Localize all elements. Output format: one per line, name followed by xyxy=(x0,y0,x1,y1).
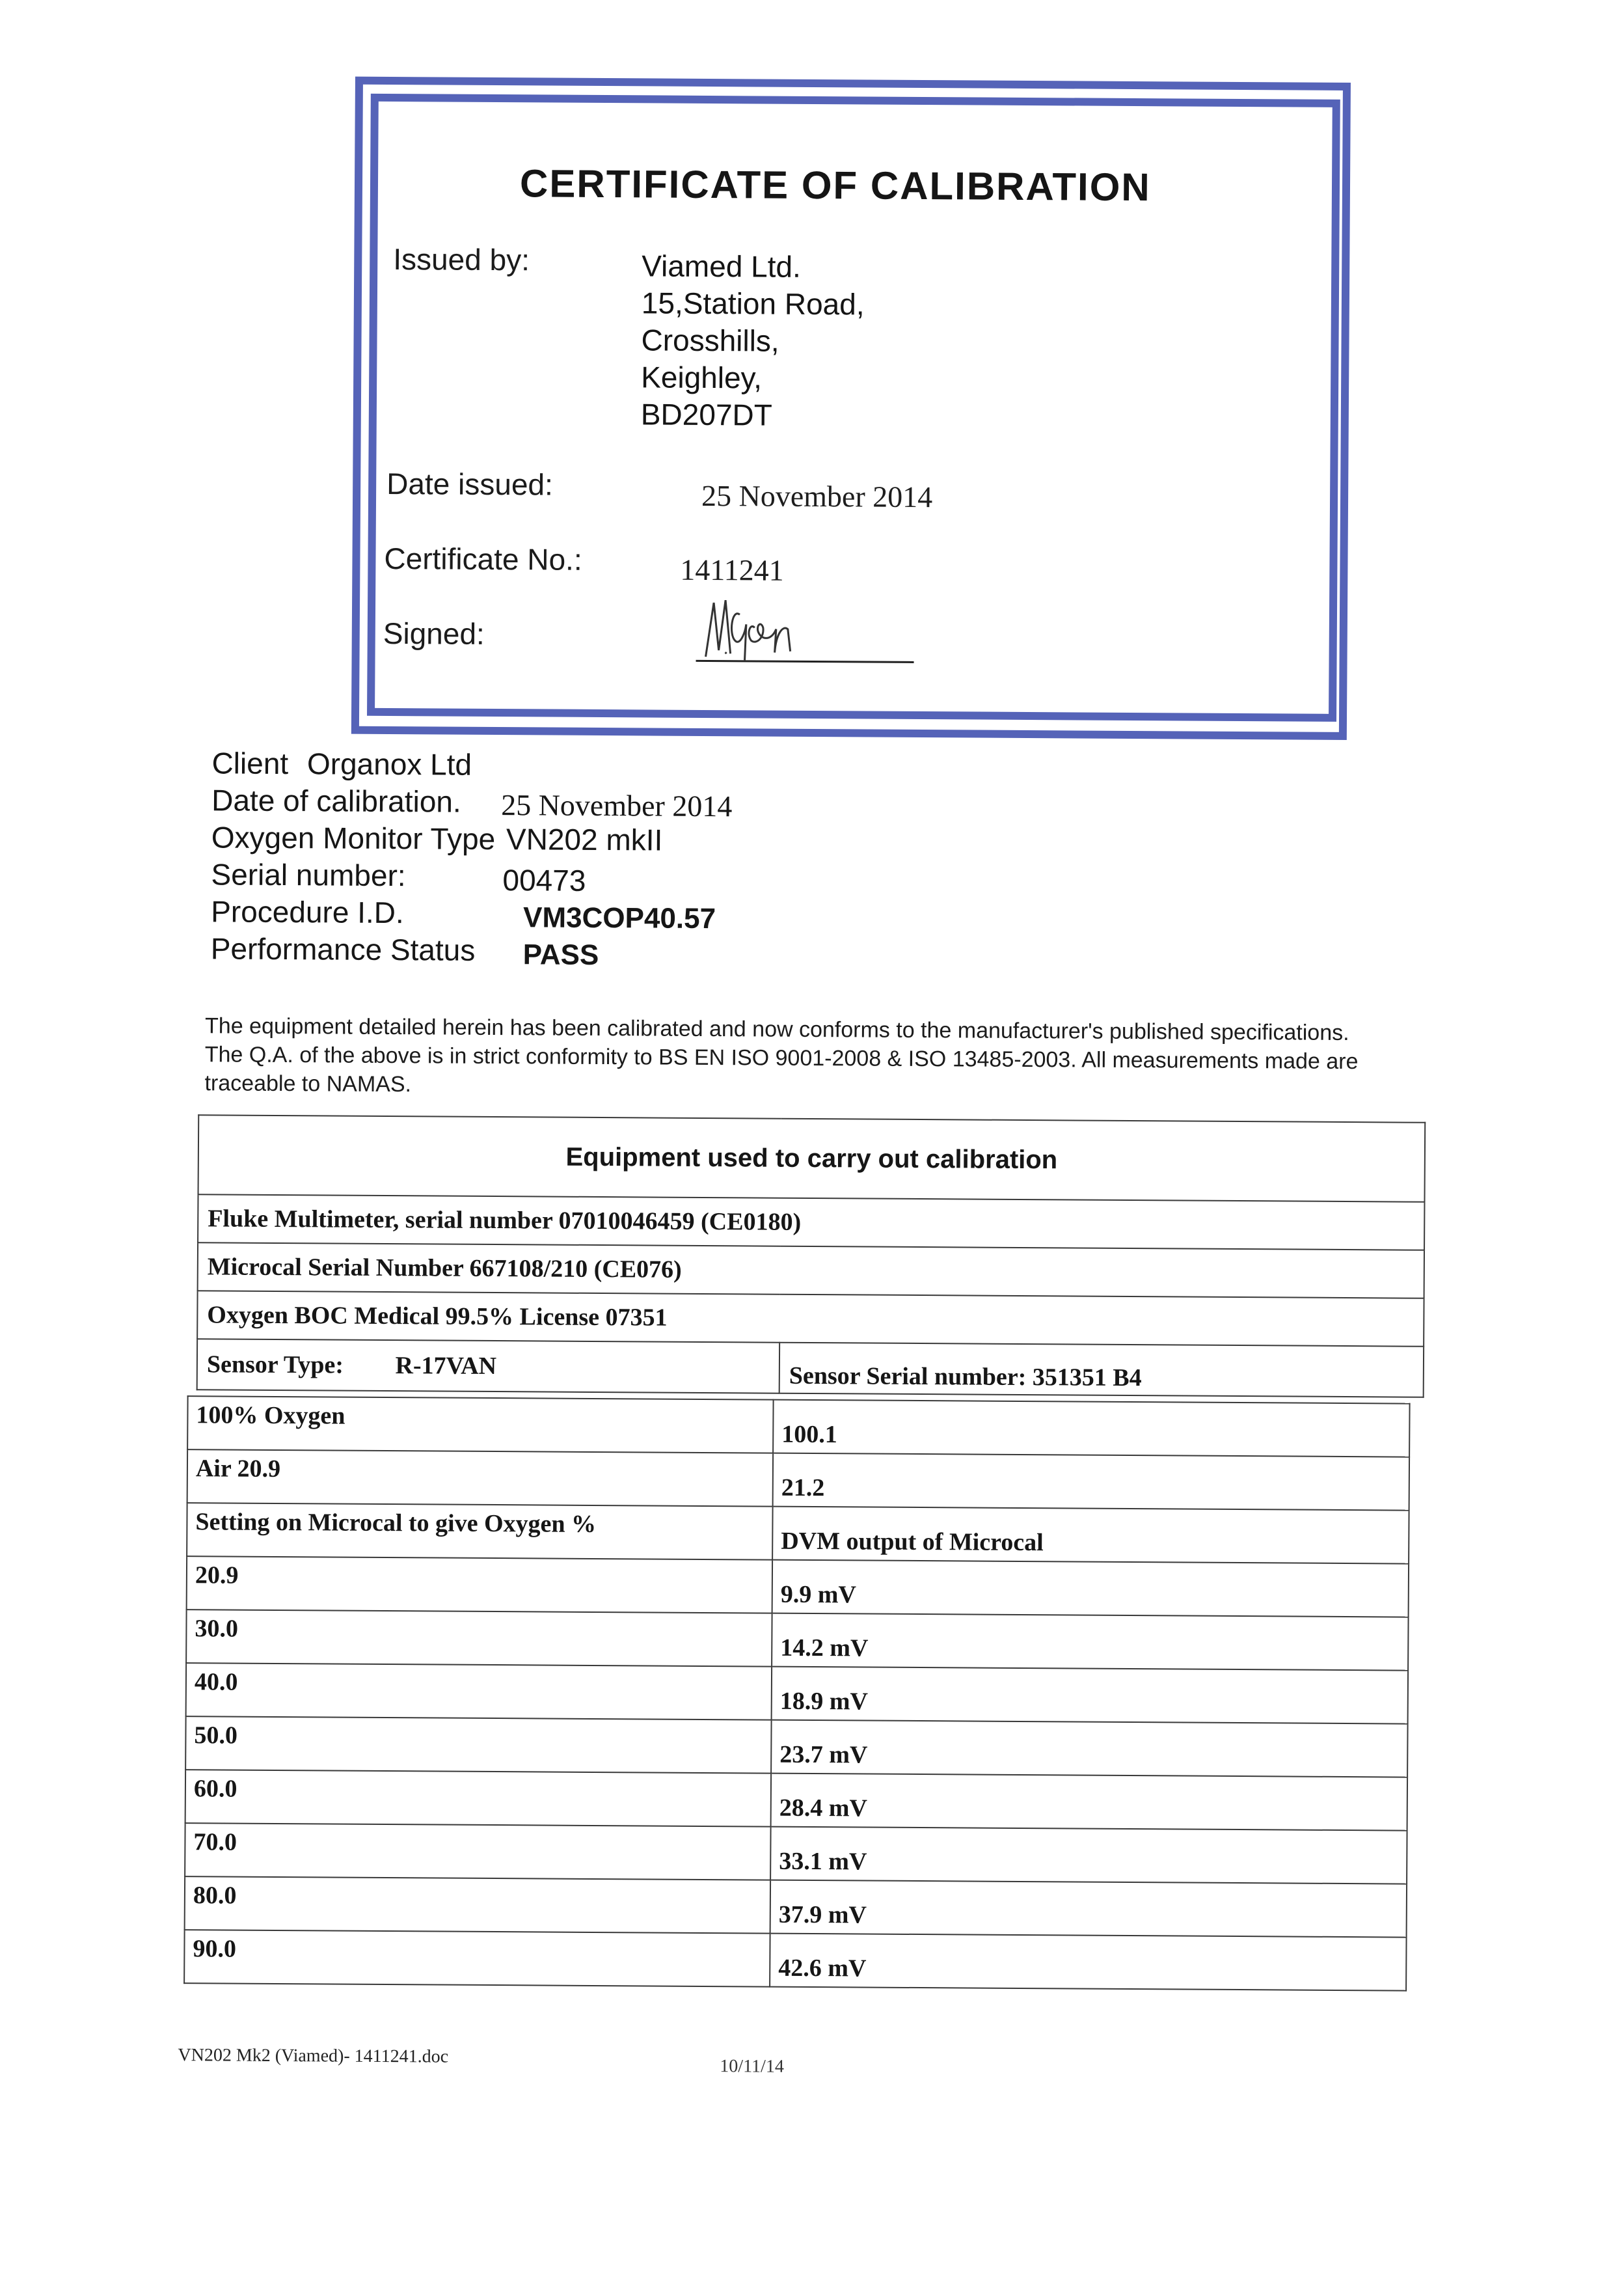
reference-label: 100% Oxygen xyxy=(187,1396,773,1453)
sensor-type-cell: Sensor Type: R-17VAN xyxy=(197,1339,779,1393)
certificate-no-label: Certificate No.: xyxy=(384,541,582,577)
setting-cell: 20.9 xyxy=(187,1556,772,1613)
signed-label: Signed: xyxy=(383,616,485,651)
setting-cell: 80.0 xyxy=(185,1876,770,1933)
reference-value: 21.2 xyxy=(773,1453,1409,1511)
issuer-name: Viamed Ltd. xyxy=(642,247,865,286)
client-details: Client Organox Ltd Date of calibration. … xyxy=(211,745,664,970)
setting-cell: 60.0 xyxy=(185,1770,771,1826)
certificate-title: CERTIFICATE OF CALIBRATION xyxy=(520,161,1151,210)
output-cell: 33.1 mV xyxy=(770,1827,1407,1884)
monitor-type-value: VN202 mkII xyxy=(506,822,663,857)
issuer-address-line2: Crosshills, xyxy=(641,322,864,360)
table-row: 50.0 23.7 mV xyxy=(185,1716,1407,1777)
table-row: 30.0 14.2 mV xyxy=(186,1610,1408,1670)
sensor-type-label: Sensor Type: xyxy=(207,1350,344,1378)
issuer-address-line3: Keighley, xyxy=(641,359,864,397)
setting-cell: 90.0 xyxy=(184,1930,770,1986)
setting-column-header: Setting on Microcal to give Oxygen % xyxy=(187,1503,772,1559)
equipment-oxygen: Oxygen BOC Medical 99.5% License 07351 xyxy=(197,1291,1424,1347)
monitor-type-label: Oxygen Monitor Type xyxy=(211,820,496,856)
sensor-serial-number: Sensor Serial number: 351351 B4 xyxy=(779,1343,1424,1397)
issuer-postcode: BD207DT xyxy=(641,396,864,434)
setting-cell: 40.0 xyxy=(186,1663,772,1720)
output-cell: 42.6 mV xyxy=(770,1934,1406,1991)
date-of-calibration-label: Date of calibration. xyxy=(211,783,461,818)
issuer-address: Viamed Ltd. 15,Station Road, Crosshills,… xyxy=(641,247,865,434)
equipment-table: Equipment used to carry out calibration … xyxy=(196,1114,1426,1398)
signature-image xyxy=(699,588,921,668)
sensor-type-value: R-17VAN xyxy=(395,1352,496,1380)
performance-status-badge: PASS xyxy=(523,936,599,974)
procedure-id-label: Procedure I.D. xyxy=(211,894,404,929)
procedure-id-row: Procedure I.D. VM3COP40.57 xyxy=(211,893,662,933)
performance-status-label: Performance Status xyxy=(211,931,476,966)
monitor-type-row: Oxygen Monitor Type VN202 mkII xyxy=(211,819,663,858)
equipment-microcal: Microcal Serial Number 667108/210 (CE076… xyxy=(198,1242,1424,1298)
date-issued-value: 25 November 2014 xyxy=(701,478,932,514)
output-cell: 9.9 mV xyxy=(772,1560,1409,1617)
serial-number-label: Serial number: xyxy=(211,857,405,892)
table-row: 20.9 9.9 mV xyxy=(187,1556,1409,1617)
date-issued-label: Date issued: xyxy=(386,466,553,502)
table-row: 70.0 33.1 mV xyxy=(185,1823,1407,1884)
issuer-address-line1: 15,Station Road, xyxy=(642,284,865,323)
output-cell: 14.2 mV xyxy=(772,1613,1408,1671)
procedure-id-value: VM3COP40.57 xyxy=(523,899,716,937)
table-row: 90.0 42.6 mV xyxy=(184,1930,1406,1990)
table-row: 40.0 18.9 mV xyxy=(186,1663,1408,1723)
serial-number-value: 00473 xyxy=(502,862,586,899)
client-row: Client Organox Ltd xyxy=(211,745,663,784)
equipment-multimeter: Fluke Multimeter, serial number 07010046… xyxy=(198,1194,1424,1250)
client-label: Client xyxy=(211,746,288,780)
setting-cell: 50.0 xyxy=(185,1716,771,1773)
setting-cell: 30.0 xyxy=(186,1610,772,1666)
output-column-header: DVM output of Microcal xyxy=(772,1507,1409,1564)
equipment-table-header: Equipment used to carry out calibration xyxy=(198,1115,1426,1202)
calibration-table: 100% Oxygen 100.1 Air 20.9 21.2 Setting … xyxy=(183,1395,1410,1991)
serial-number-row: Serial number: 00473 xyxy=(211,856,662,896)
date-of-calibration-value: 25 November 2014 xyxy=(501,786,732,825)
client-value: Organox Ltd xyxy=(307,747,472,782)
table-row: Microcal Serial Number 667108/210 (CE076… xyxy=(198,1242,1424,1298)
issued-by-label: Issued by: xyxy=(393,241,530,277)
table-row: Sensor Type: R-17VAN Sensor Serial numbe… xyxy=(197,1339,1424,1397)
output-cell: 37.9 mV xyxy=(770,1880,1407,1938)
equipment-table-header-row: Equipment used to carry out calibration xyxy=(198,1115,1426,1202)
output-cell: 28.4 mV xyxy=(771,1774,1407,1831)
reference-label: Air 20.9 xyxy=(187,1449,773,1506)
table-row: 100% Oxygen 100.1 xyxy=(187,1396,1409,1457)
footer-filename: VN202 Mk2 (Viamed)- 1411241.doc xyxy=(178,2045,448,2068)
table-row: Oxygen BOC Medical 99.5% License 07351 xyxy=(197,1291,1424,1347)
calibration-header-row: Setting on Microcal to give Oxygen % DVM… xyxy=(187,1503,1409,1563)
reference-value: 100.1 xyxy=(773,1400,1409,1457)
date-of-calibration-row: Date of calibration. 25 November 2014 xyxy=(211,782,663,821)
output-cell: 18.9 mV xyxy=(772,1667,1408,1724)
table-row: Air 20.9 21.2 xyxy=(187,1449,1409,1510)
table-row: 80.0 37.9 mV xyxy=(185,1876,1407,1937)
certificate-no-value: 1411241 xyxy=(680,553,784,588)
setting-cell: 70.0 xyxy=(185,1823,770,1880)
output-cell: 23.7 mV xyxy=(771,1720,1407,1777)
table-row: Fluke Multimeter, serial number 07010046… xyxy=(198,1194,1424,1250)
performance-status-row: Performance Status PASS xyxy=(211,930,662,970)
table-row: 60.0 28.4 mV xyxy=(185,1770,1407,1830)
conformity-statement: The equipment detailed herein has been c… xyxy=(204,1011,1376,1104)
footer-date: 10/11/14 xyxy=(720,2056,784,2077)
certificate-page: CERTIFICATE OF CALIBRATION Issued by: Vi… xyxy=(0,0,1624,2289)
